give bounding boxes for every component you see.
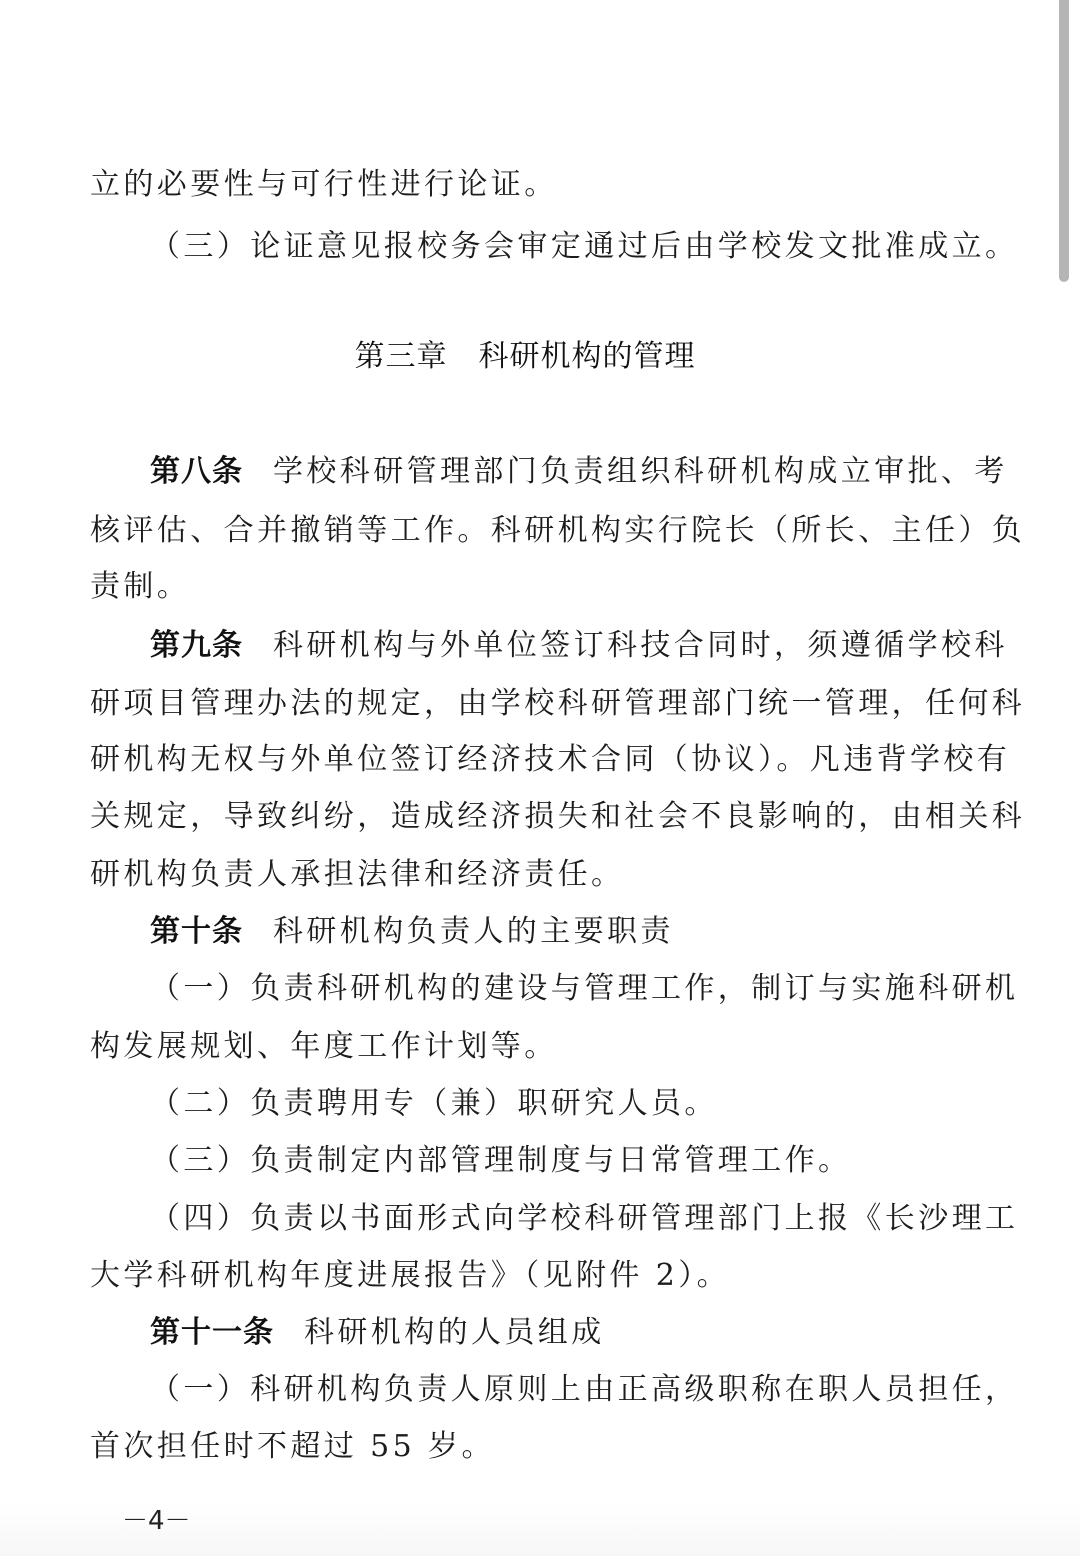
paragraph-line: 责制。 <box>90 567 970 607</box>
list-item: （二）负责聘用专（兼）职研究人员。 <box>150 1084 1030 1124</box>
article-text: 科研机构的人员组成 <box>304 1315 605 1350</box>
article-text: 科研机构与外单位签订科技合同时，须遵循学校科 <box>273 628 1008 663</box>
page-number: －4－ <box>122 1504 191 1538</box>
paragraph-line: 研机构无权与外单位签订经济技术合同（协议）。凡违背学校有 <box>90 740 970 780</box>
list-item: （一）科研机构负责人原则上由正高级职称在职人员担任， <box>150 1370 1030 1410</box>
article-label: 第十一条 <box>150 1315 274 1350</box>
paragraph-line: 立的必要性与可行性进行论证。 <box>90 165 970 205</box>
list-item: （四）负责以书面形式向学校科研管理部门上报《长沙理工 <box>150 1199 1030 1239</box>
vertical-scrollbar-thumb[interactable] <box>1059 0 1069 282</box>
paragraph-line: 研机构负责人承担法律和经济责任。 <box>90 855 970 895</box>
article-8-first-line: 第八条学校科研管理部门负责组织科研机构成立审批、考 <box>150 452 1030 492</box>
paragraph-line: 首次担任时不超过 55 岁。 <box>90 1427 970 1467</box>
article-9-first-line: 第九条科研机构与外单位签订科技合同时，须遵循学校科 <box>150 626 1030 666</box>
article-label: 第八条 <box>150 454 243 489</box>
article-text: 学校科研管理部门负责组织科研机构成立审批、考 <box>273 454 1008 489</box>
paragraph-line: 核评估、合并撤销等工作。科研机构实行院长（所长、主任）负 <box>90 511 970 551</box>
article-text: 科研机构负责人的主要职责 <box>273 914 674 949</box>
paragraph-line: 大学科研机构年度进展报告》（见附件 2）。 <box>90 1256 970 1296</box>
article-label: 第十条 <box>150 914 243 949</box>
article-10-first-line: 第十条科研机构负责人的主要职责 <box>150 912 1030 952</box>
paragraph-line: 研项目管理办法的规定，由学校科研管理部门统一管理，任何科 <box>90 684 970 724</box>
paragraph-line: 关规定，导致纠纷，造成经济损失和社会不良影响的，由相关科 <box>90 797 970 837</box>
chapter-title: 第三章 科研机构的管理 <box>0 337 1050 377</box>
document-page: 立的必要性与可行性进行论证。 （三）论证意见报校务会审定通过后由学校发文批准成立… <box>0 0 1080 1556</box>
list-item: （一）负责科研机构的建设与管理工作，制订与实施科研机 <box>150 969 1030 1009</box>
list-item: （三）负责制定内部管理制度与日常管理工作。 <box>150 1141 1030 1181</box>
paragraph-line: （三）论证意见报校务会审定通过后由学校发文批准成立。 <box>150 227 1030 267</box>
paragraph-line: 构发展规划、年度工作计划等。 <box>90 1027 970 1067</box>
article-11-first-line: 第十一条科研机构的人员组成 <box>150 1313 1030 1353</box>
article-label: 第九条 <box>150 628 243 663</box>
